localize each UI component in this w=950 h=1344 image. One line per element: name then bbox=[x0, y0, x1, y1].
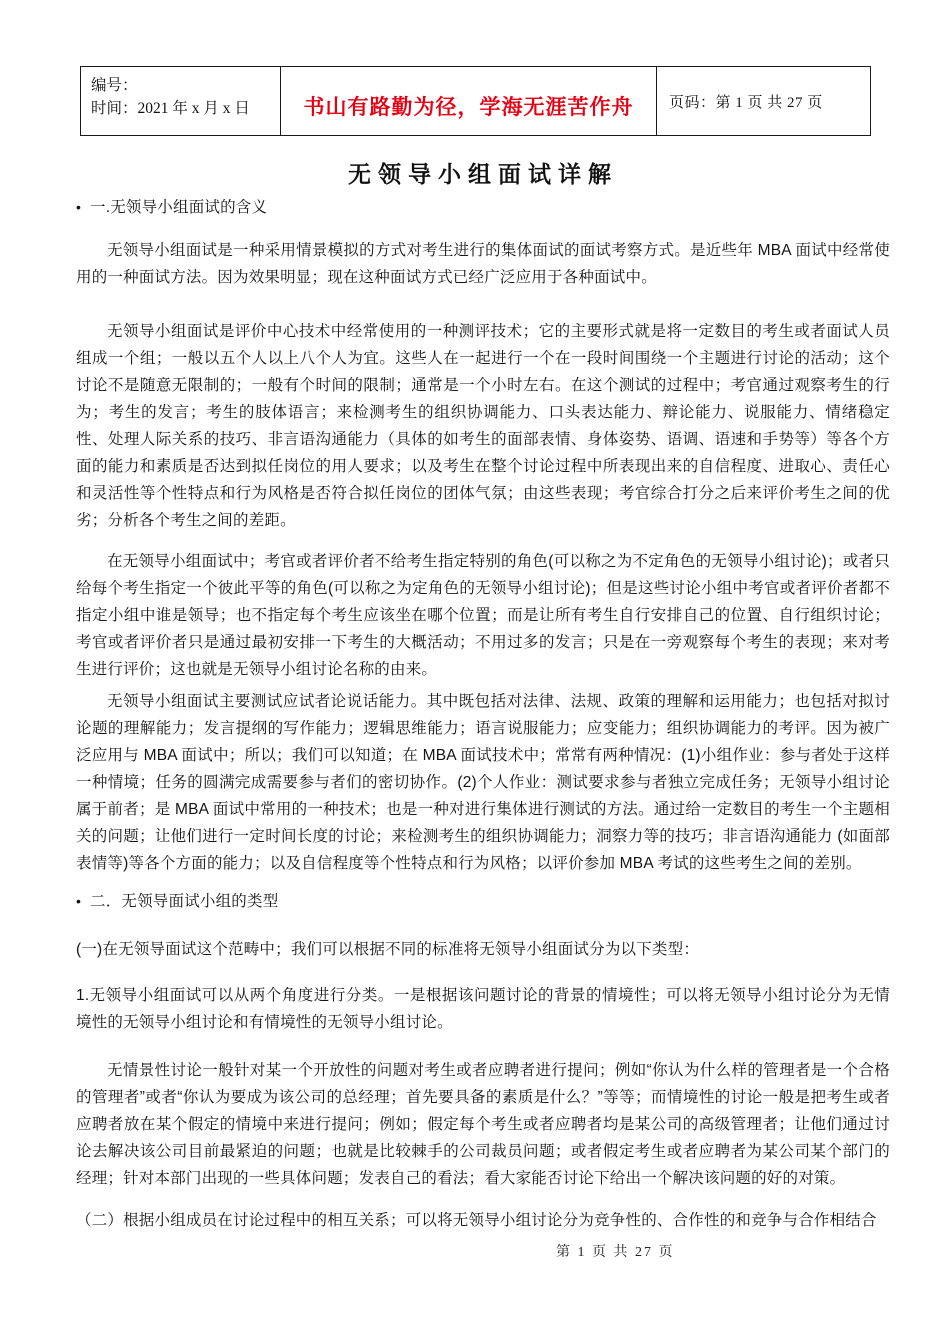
paragraph-intro: 无领导小组面试是一种采用情景模拟的方式对考生进行的集体面试的面试考察方式。是近些… bbox=[76, 237, 890, 291]
page-title: 无领导小组面试详解 bbox=[76, 156, 890, 189]
paragraph-ability-test: 无领导小组面试主要测试应试者论说话能力。其中既包括对法律、法规、政策的理解和运用… bbox=[76, 688, 890, 877]
paragraph-role-assignment: 在无领导小组面试中；考官或者评价者不给考生指定特别的角色(可以称之为不定角色的无… bbox=[76, 548, 890, 683]
paragraph-classification: 1.无领导小组面试可以从两个角度进行分类。一是根据该问题讨论的背景的情境性；可以… bbox=[76, 982, 890, 1036]
section-heading-1-label: 一.无领导小组面试的含义 bbox=[90, 199, 267, 216]
bullet-icon: • bbox=[76, 194, 90, 221]
bullet-icon: • bbox=[76, 888, 90, 915]
paragraph-situational-discussion: 无情景性讨论一般针对某一个开放性的问题对考生或者应聘者进行提问；例如“你认为什么… bbox=[76, 1057, 890, 1192]
section-heading-2: •二．无领导面试小组的类型 bbox=[76, 888, 890, 915]
section-heading-2-label: 二．无领导面试小组的类型 bbox=[90, 893, 278, 910]
paragraph-type-intro: (一)在无领导面试这个范畴中；我们可以根据不同的标准将无领导小组面试分为以下类型… bbox=[76, 936, 890, 963]
paragraph-assessment-technique: 无领导小组面试是评价中心技术中经常使用的一种测评技术；它的主要形式就是将一定数目… bbox=[76, 318, 890, 534]
section-heading-1: •一.无领导小组面试的含义 bbox=[76, 194, 890, 221]
document-body: 无领导小组面试详解 •一.无领导小组面试的含义 无领导小组面试是一种采用情景模拟… bbox=[76, 0, 890, 1344]
paragraph-member-relation: （二）根据小组成员在讨论过程中的相互关系；可以将无领导小组讨论分为竞争性的、合作… bbox=[76, 1207, 890, 1234]
page-footer: 第 1 页 共 27 页 bbox=[556, 1241, 675, 1261]
